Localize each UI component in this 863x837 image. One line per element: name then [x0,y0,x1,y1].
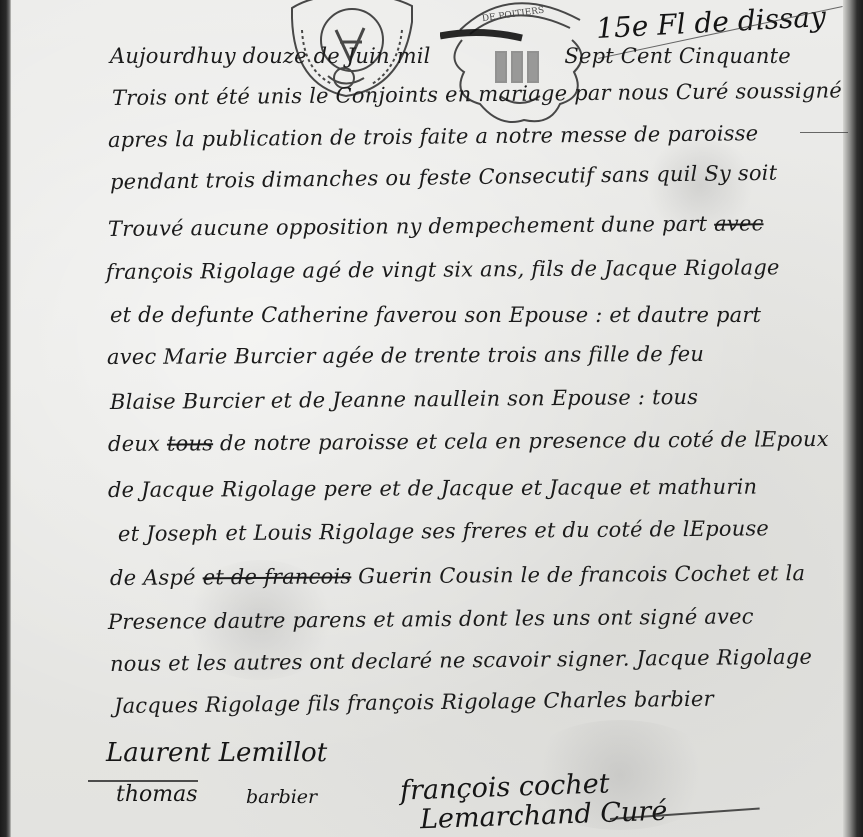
page-edge-right [843,0,863,837]
signature-laurent-lemillot: Laurent Lemillot [106,738,327,768]
text-line-5: Trouvé aucune opposition ny dempechement… [108,211,764,241]
text-line-11: de Jacque Rigolage pere et de Jacque et … [108,475,757,502]
text-line-12: et Joseph et Louis Rigolage ses freres e… [118,516,769,546]
text-line-6: françois Rigolage agé de vingt six ans, … [106,255,780,284]
text-line-3: apres la publication de trois faite a no… [108,121,759,152]
text-line-16: Jacques Rigolage fils françois Rigolage … [114,687,714,718]
text-line-9: Blaise Burcier et de Jeanne naullein son… [110,385,698,414]
text-line-14: Presence dautre parens et amis dont les … [108,604,754,634]
margin-note: 15e Fl de dissay [595,0,826,45]
page-edge-left [0,0,11,837]
signature-thomas: thomas [116,782,198,807]
signature-barbier: barbier [246,786,317,808]
line-filler [800,132,848,133]
text-line-13: de Aspé et de francois Guerin Cousin le … [110,561,805,590]
text-line-10: deux tous de notre paroisse et cela en p… [108,427,829,456]
text-line-1: Aujourdhuy douze de Juin mil Sept Cent C… [110,44,791,68]
text-line-7: et de defunte Catherine faverou son Epou… [110,303,761,327]
text-line-2: Trois ont été unis le Conjoints en maria… [112,78,842,110]
text-line-8: avec Marie Burcier agée de trente trois … [107,342,704,369]
manuscript-page: DE POITIERS 15e Fl de dissay Aujourdhuy … [0,0,863,837]
